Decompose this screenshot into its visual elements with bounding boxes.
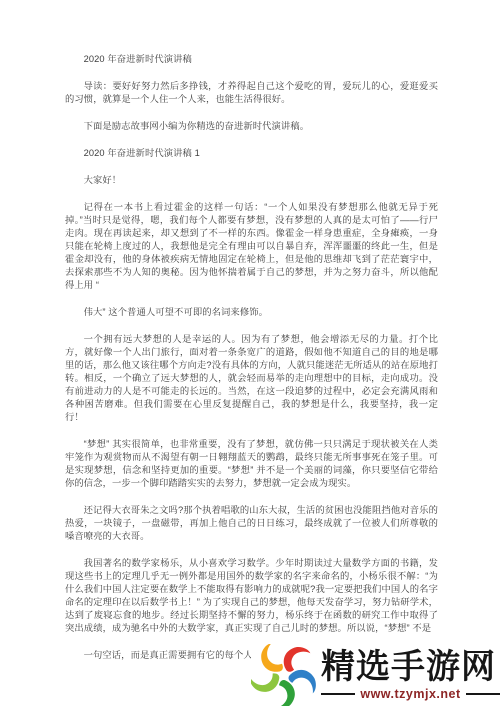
lead-in-paragraph: 下面是励志故事网小编为你精选的奋进新时代演讲稿。 xyxy=(65,120,438,133)
site-name: 精选手游网 xyxy=(321,649,500,685)
watermark-text-block: 精选手游网 www.tzymjx.net xyxy=(321,649,500,701)
right-rule xyxy=(466,693,500,695)
greeting-paragraph: 大家好！ xyxy=(65,174,438,187)
body-paragraph: 一个拥有远大梦想的人是幸运的人。因为有了梦想，他会增添无尽的力量。打个比方，就好… xyxy=(65,333,438,424)
body-paragraph: 伟大” 这个普通人可望不可即的名词来修饰。 xyxy=(65,306,438,319)
document-page: 2020 年奋进新时代演讲稿 导读：要好好努力然后多挣钱，才养得起自己这个爱吃的… xyxy=(0,0,500,707)
site-watermark: 精选手游网 www.tzymjx.net xyxy=(251,643,500,707)
body-paragraph: 我国著名的数学家杨乐，从小喜欢学习数学。少年时期读过大量数学方面的书籍，发现这些… xyxy=(65,557,438,635)
site-url: www.tzymjx.net xyxy=(355,687,465,701)
doc-title: 2020 年奋进新时代演讲稿 xyxy=(65,53,438,66)
left-rule xyxy=(321,693,355,695)
body-paragraph: 还记得大衣哥朱之文吗?那个执着唱歌的山东大叔，生活的贫困也没能阻挡他对音乐的热爱… xyxy=(65,504,438,543)
pinwheel-logo-icon xyxy=(251,644,317,706)
document-body: 2020 年奋进新时代演讲稿 导读：要好好努力然后多挣钱，才养得起自己这个爱吃的… xyxy=(65,53,438,676)
section-heading: 2020 年奋进新时代演讲稿 1 xyxy=(65,147,438,160)
body-paragraph: 记得在一本书上看过霍金的这样一句话：“一个人如果没有梦想那么他就无异于死掉。”当… xyxy=(65,201,438,292)
intro-paragraph: 导读：要好好努力然后多挣钱，才养得起自己这个爱吃的胃，爱玩儿的心，爱逛爱买的习惯… xyxy=(65,80,438,106)
body-paragraph: “梦想” 其实很简单，也非常重要，没有了梦想，就仿佛一只只满足于现状被关在人类牢… xyxy=(65,438,438,490)
site-url-row: www.tzymjx.net xyxy=(321,687,500,701)
